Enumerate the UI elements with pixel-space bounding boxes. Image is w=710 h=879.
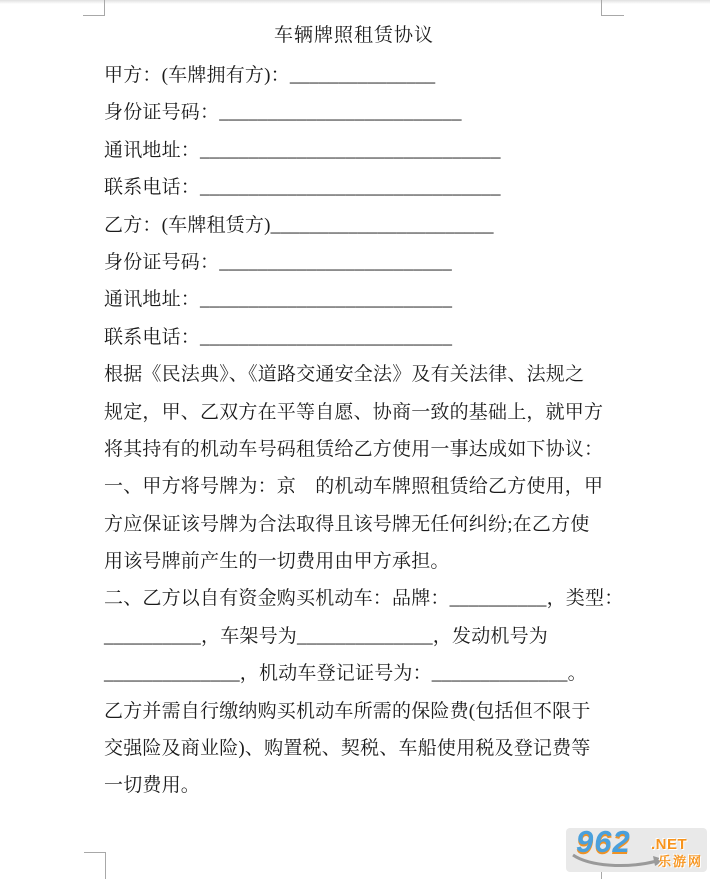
- line-party-b-address: 通讯地址：__________________________: [104, 281, 604, 318]
- line-party-b: 乙方：(车牌租赁方)_______________________: [104, 207, 604, 244]
- line-preamble-3: 将其持有的机动车号码租赁给乙方使用一事达成如下协议：: [104, 431, 604, 468]
- margin-crop-mark-bottom-left: [84, 852, 106, 879]
- line-clause-2-5: 交强险及商业险)、购置税、契税、车船使用税及登记费等: [104, 730, 604, 767]
- line-party-b-phone: 联系电话：__________________________: [104, 319, 604, 356]
- line-preamble-2: 规定，甲、乙双方在平等自愿、协商一致的基础上，就甲方: [104, 394, 604, 431]
- line-party-a-address: 通讯地址：_______________________________: [104, 132, 604, 169]
- line-clause-2-6: 一切费用。: [104, 767, 604, 804]
- line-clause-2-1: 二、乙方以自有资金购买机动车：品牌：__________，类型：: [104, 580, 604, 617]
- line-party-a-id: 身份证号码：_________________________: [104, 94, 604, 131]
- document-body: 车辆牌照租赁协议 甲方：(车牌拥有方)：_______________ 身份证号…: [104, 15, 604, 805]
- line-clause-1-2: 方应保证该号牌为合法取得且该号牌无任何纠纷;在乙方使: [104, 506, 604, 543]
- line-party-a: 甲方：(车牌拥有方)：_______________: [104, 57, 604, 94]
- line-clause-2-2: __________，车架号为______________，发动机号为: [104, 618, 604, 655]
- line-clause-1-3: 用该号牌前产生的一切费用由甲方承担。: [104, 543, 604, 580]
- line-preamble-1: 根据《民法典》、《道路交通安全法》及有关法律、法规之: [104, 356, 604, 393]
- margin-crop-mark-top-left: [83, 0, 105, 16]
- swoosh-arrow-icon: [571, 853, 669, 869]
- document-page: 车辆牌照租赁协议 甲方：(车牌拥有方)：_______________ 身份证号…: [0, 0, 710, 879]
- margin-crop-mark-top-right: [601, 0, 624, 16]
- document-title: 车辆牌照租赁协议: [104, 15, 604, 57]
- line-clause-2-3: ______________，机动车登记证号为：______________。: [104, 655, 604, 692]
- watermark-logo: 962 .NET 乐游网: [566, 828, 707, 872]
- line-party-b-id: 身份证号码：________________________: [104, 244, 604, 281]
- line-clause-1-1: 一、甲方将号牌为：京 的机动车牌照租赁给乙方使用，甲: [104, 468, 604, 505]
- line-clause-2-4: 乙方并需自行缴纳购买机动车所需的保险费(包括但不限于: [104, 693, 604, 730]
- line-party-a-phone: 联系电话：_______________________________: [104, 169, 604, 206]
- watermark-site-name: 乐游网: [658, 851, 703, 870]
